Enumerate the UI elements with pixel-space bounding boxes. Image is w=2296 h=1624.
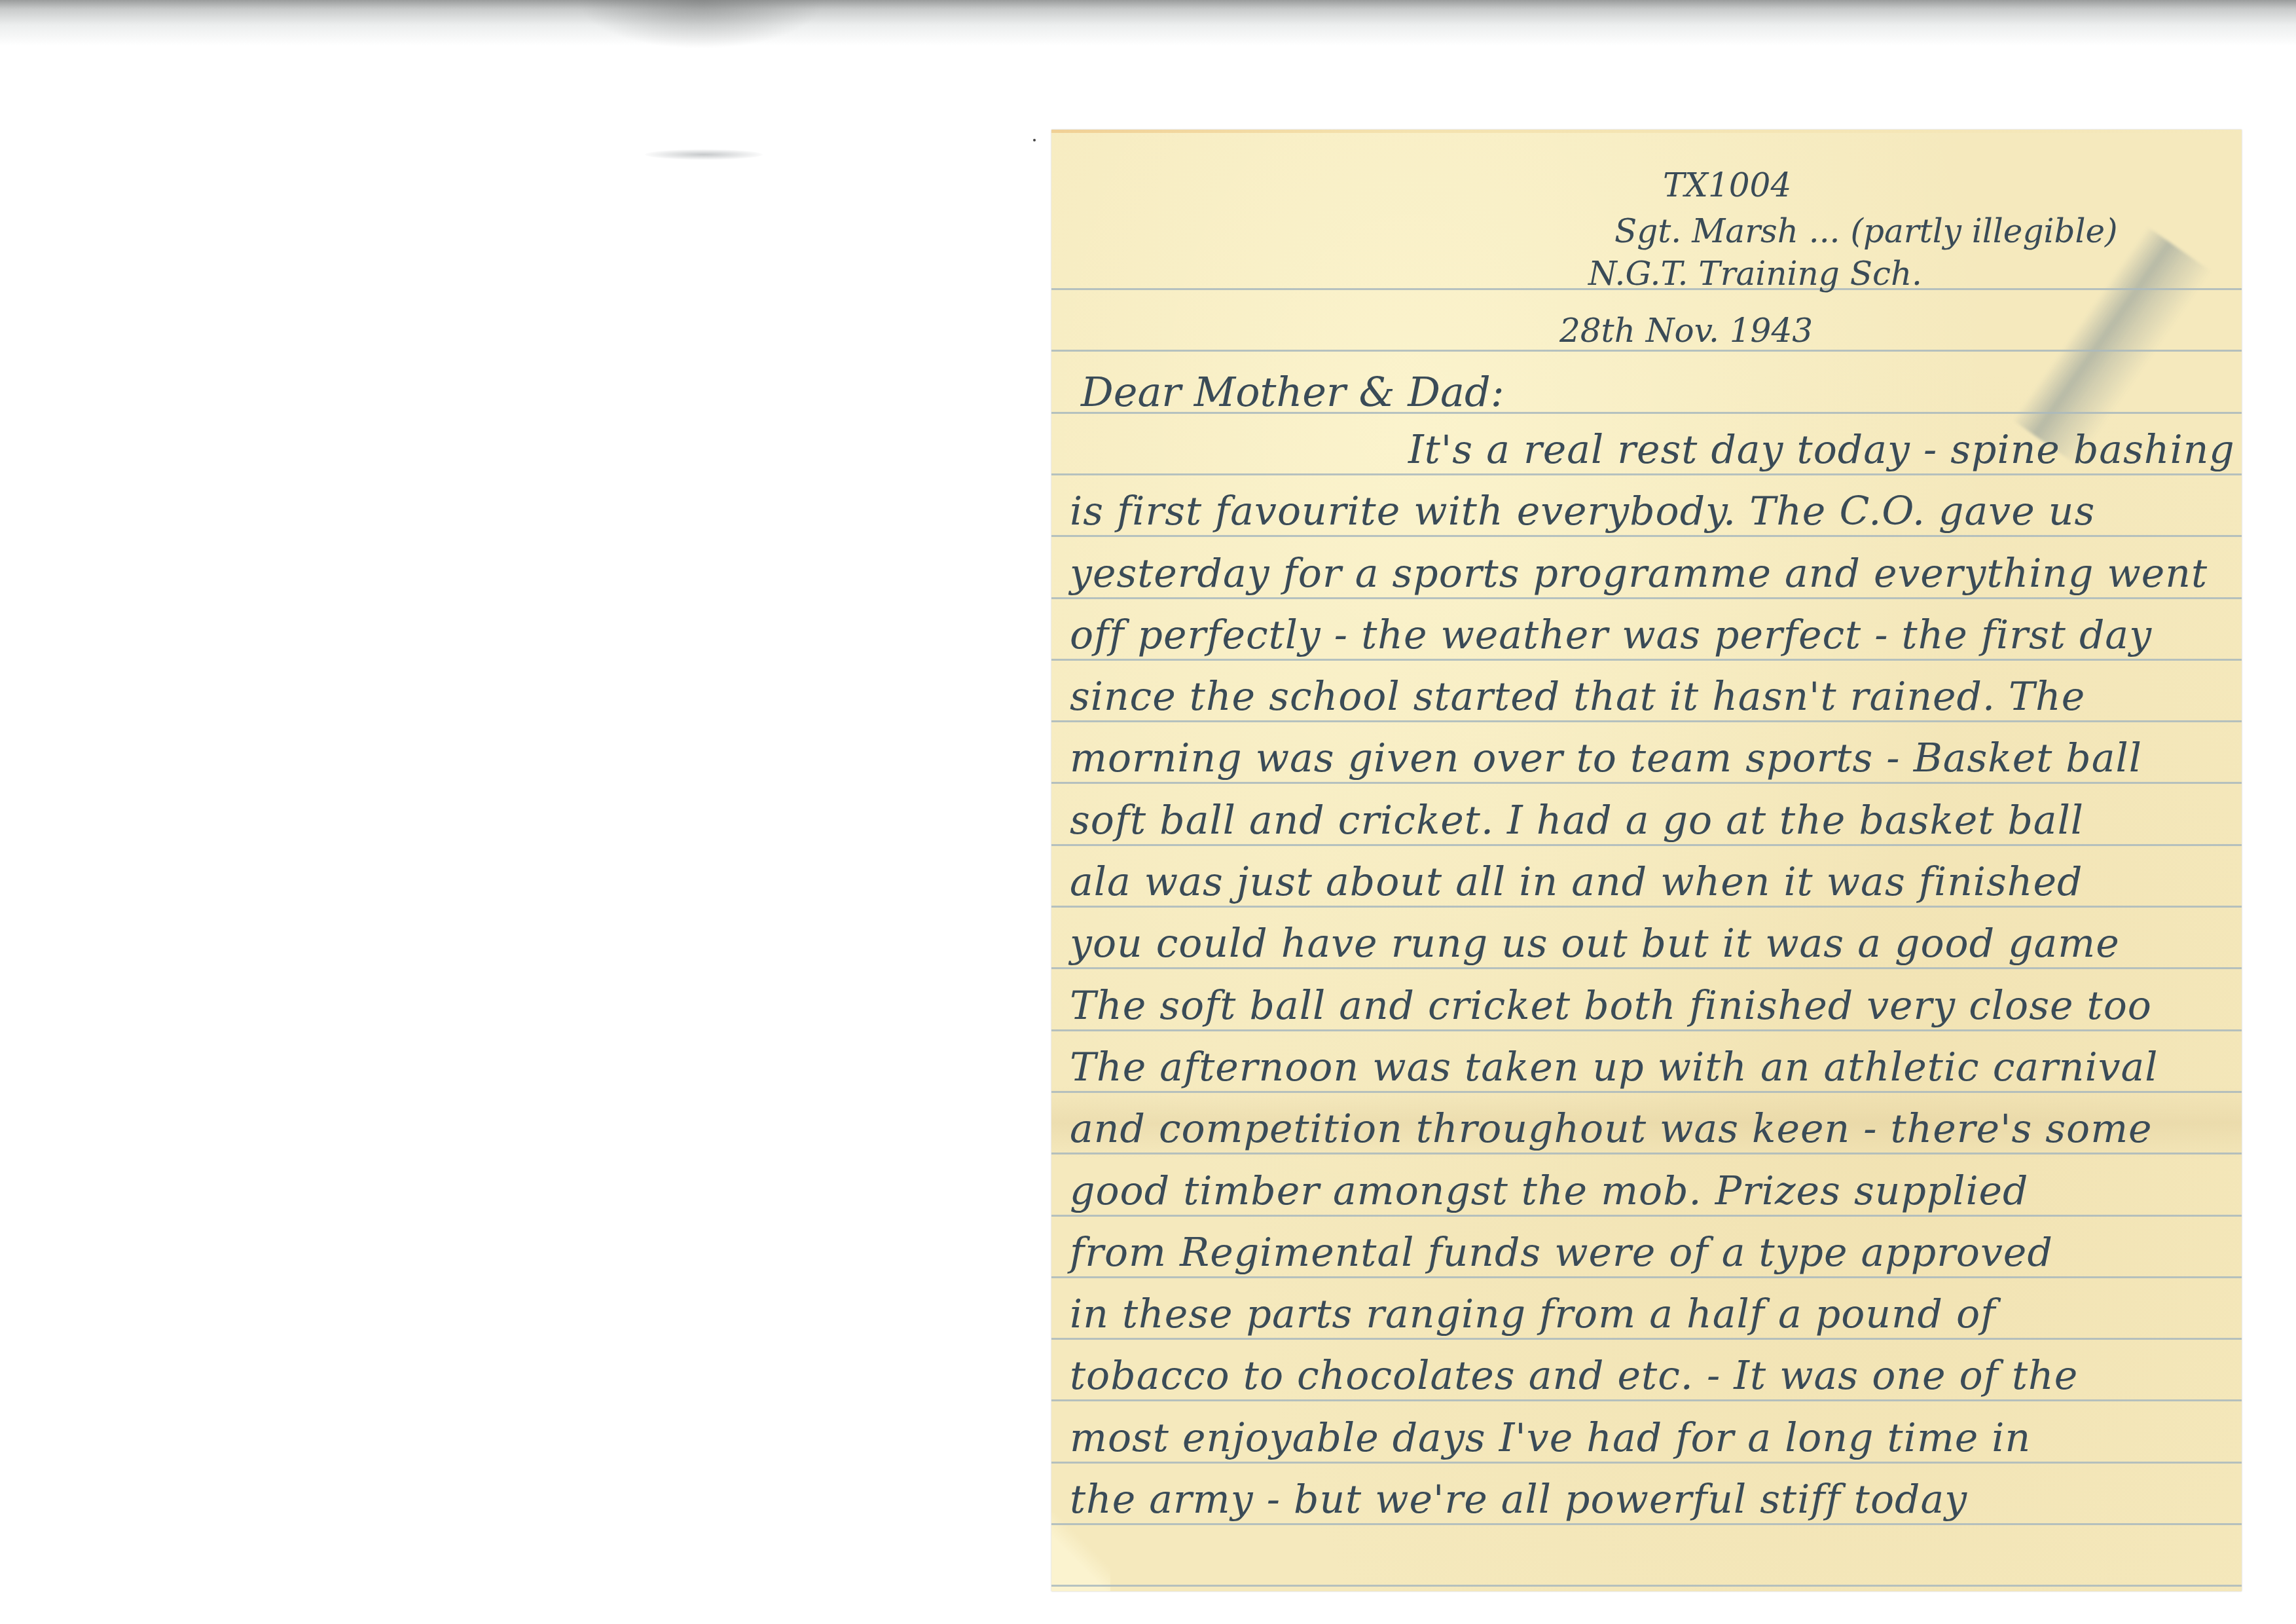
letter-body-line: most enjoyable days I've had for a long … <box>1070 1418 2031 1458</box>
letter-body-line: good timber amongst the mob. Prizes supp… <box>1070 1172 2029 1211</box>
scanner-smudge <box>645 149 763 160</box>
letter-page: TX1004 Sgt. Marsh ... (partly illegible)… <box>1051 130 2242 1591</box>
letter-body-line: is first favourite with everybody. The C… <box>1070 492 2095 531</box>
ruled-line <box>1051 1399 2242 1401</box>
letter-body-line: the army - but we're all powerful stiff … <box>1070 1480 1967 1519</box>
ruled-line <box>1051 659 2242 661</box>
header-rank-name: Sgt. Marsh ... (partly illegible) <box>1614 215 2117 248</box>
ruled-line <box>1051 1029 2242 1031</box>
ruled-line <box>1051 535 2242 537</box>
ruled-line <box>1051 473 2242 475</box>
letter-body-line: since the school started that it hasn't … <box>1070 677 2085 716</box>
ruled-line <box>1051 967 2242 969</box>
ruled-line <box>1051 1153 2242 1154</box>
ruled-line <box>1051 720 2242 722</box>
letter-body-line: yesterday for a sports programme and eve… <box>1070 554 2208 593</box>
ruled-line <box>1051 1338 2242 1340</box>
ruled-line <box>1051 1215 2242 1217</box>
letter-body-line: soft ball and cricket. I had a go at the… <box>1070 801 2084 840</box>
letter-body-line: off perfectly - the weather was perfect … <box>1070 616 2152 655</box>
letter-body-line: in these parts ranging from a half a pou… <box>1070 1295 1995 1334</box>
ruled-line <box>1051 1276 2242 1278</box>
ruled-line <box>1051 1091 2242 1093</box>
letter-body-line: It's a real rest day today - spine bashi… <box>1408 430 2235 470</box>
ruled-line <box>1051 1523 2242 1525</box>
letter-body-line: and competition throughout was keen - th… <box>1070 1109 2153 1149</box>
letter-body-line: you could have rung us out but it was a … <box>1070 924 2120 963</box>
scan-shadow-dark-spot <box>576 0 825 49</box>
header-date: 28th Nov. 1943 <box>1559 314 1813 347</box>
ruled-line <box>1051 906 2242 908</box>
ruled-line <box>1051 350 2242 352</box>
ruled-line <box>1051 782 2242 784</box>
letter-body-line: morning was given over to team sports - … <box>1070 739 2142 778</box>
dust-speck <box>1033 139 1036 141</box>
header-unit: N.G.T. Training Sch. <box>1588 257 1922 290</box>
letter-body-line: The soft ball and cricket both finished … <box>1070 986 2152 1025</box>
ruled-line <box>1051 844 2242 846</box>
letter-body-line: tobacco to chocolates and etc. - It was … <box>1070 1356 2078 1395</box>
letter-body-line: from Regimental funds were of a type app… <box>1070 1233 2053 1272</box>
ruled-line <box>1051 1585 2242 1587</box>
header-service-number: TX1004 <box>1663 169 1791 202</box>
scan-shadow-top <box>0 0 2296 46</box>
greeting: Dear Mother & Dad: <box>1081 372 1504 413</box>
letter-body-line: ala was just about all in and when it wa… <box>1070 862 2083 902</box>
letter-body-line: The afternoon was taken up with an athle… <box>1070 1048 2159 1087</box>
paper-top-edge <box>1051 130 2242 133</box>
ruled-line <box>1051 1462 2242 1464</box>
ruled-line <box>1051 597 2242 599</box>
